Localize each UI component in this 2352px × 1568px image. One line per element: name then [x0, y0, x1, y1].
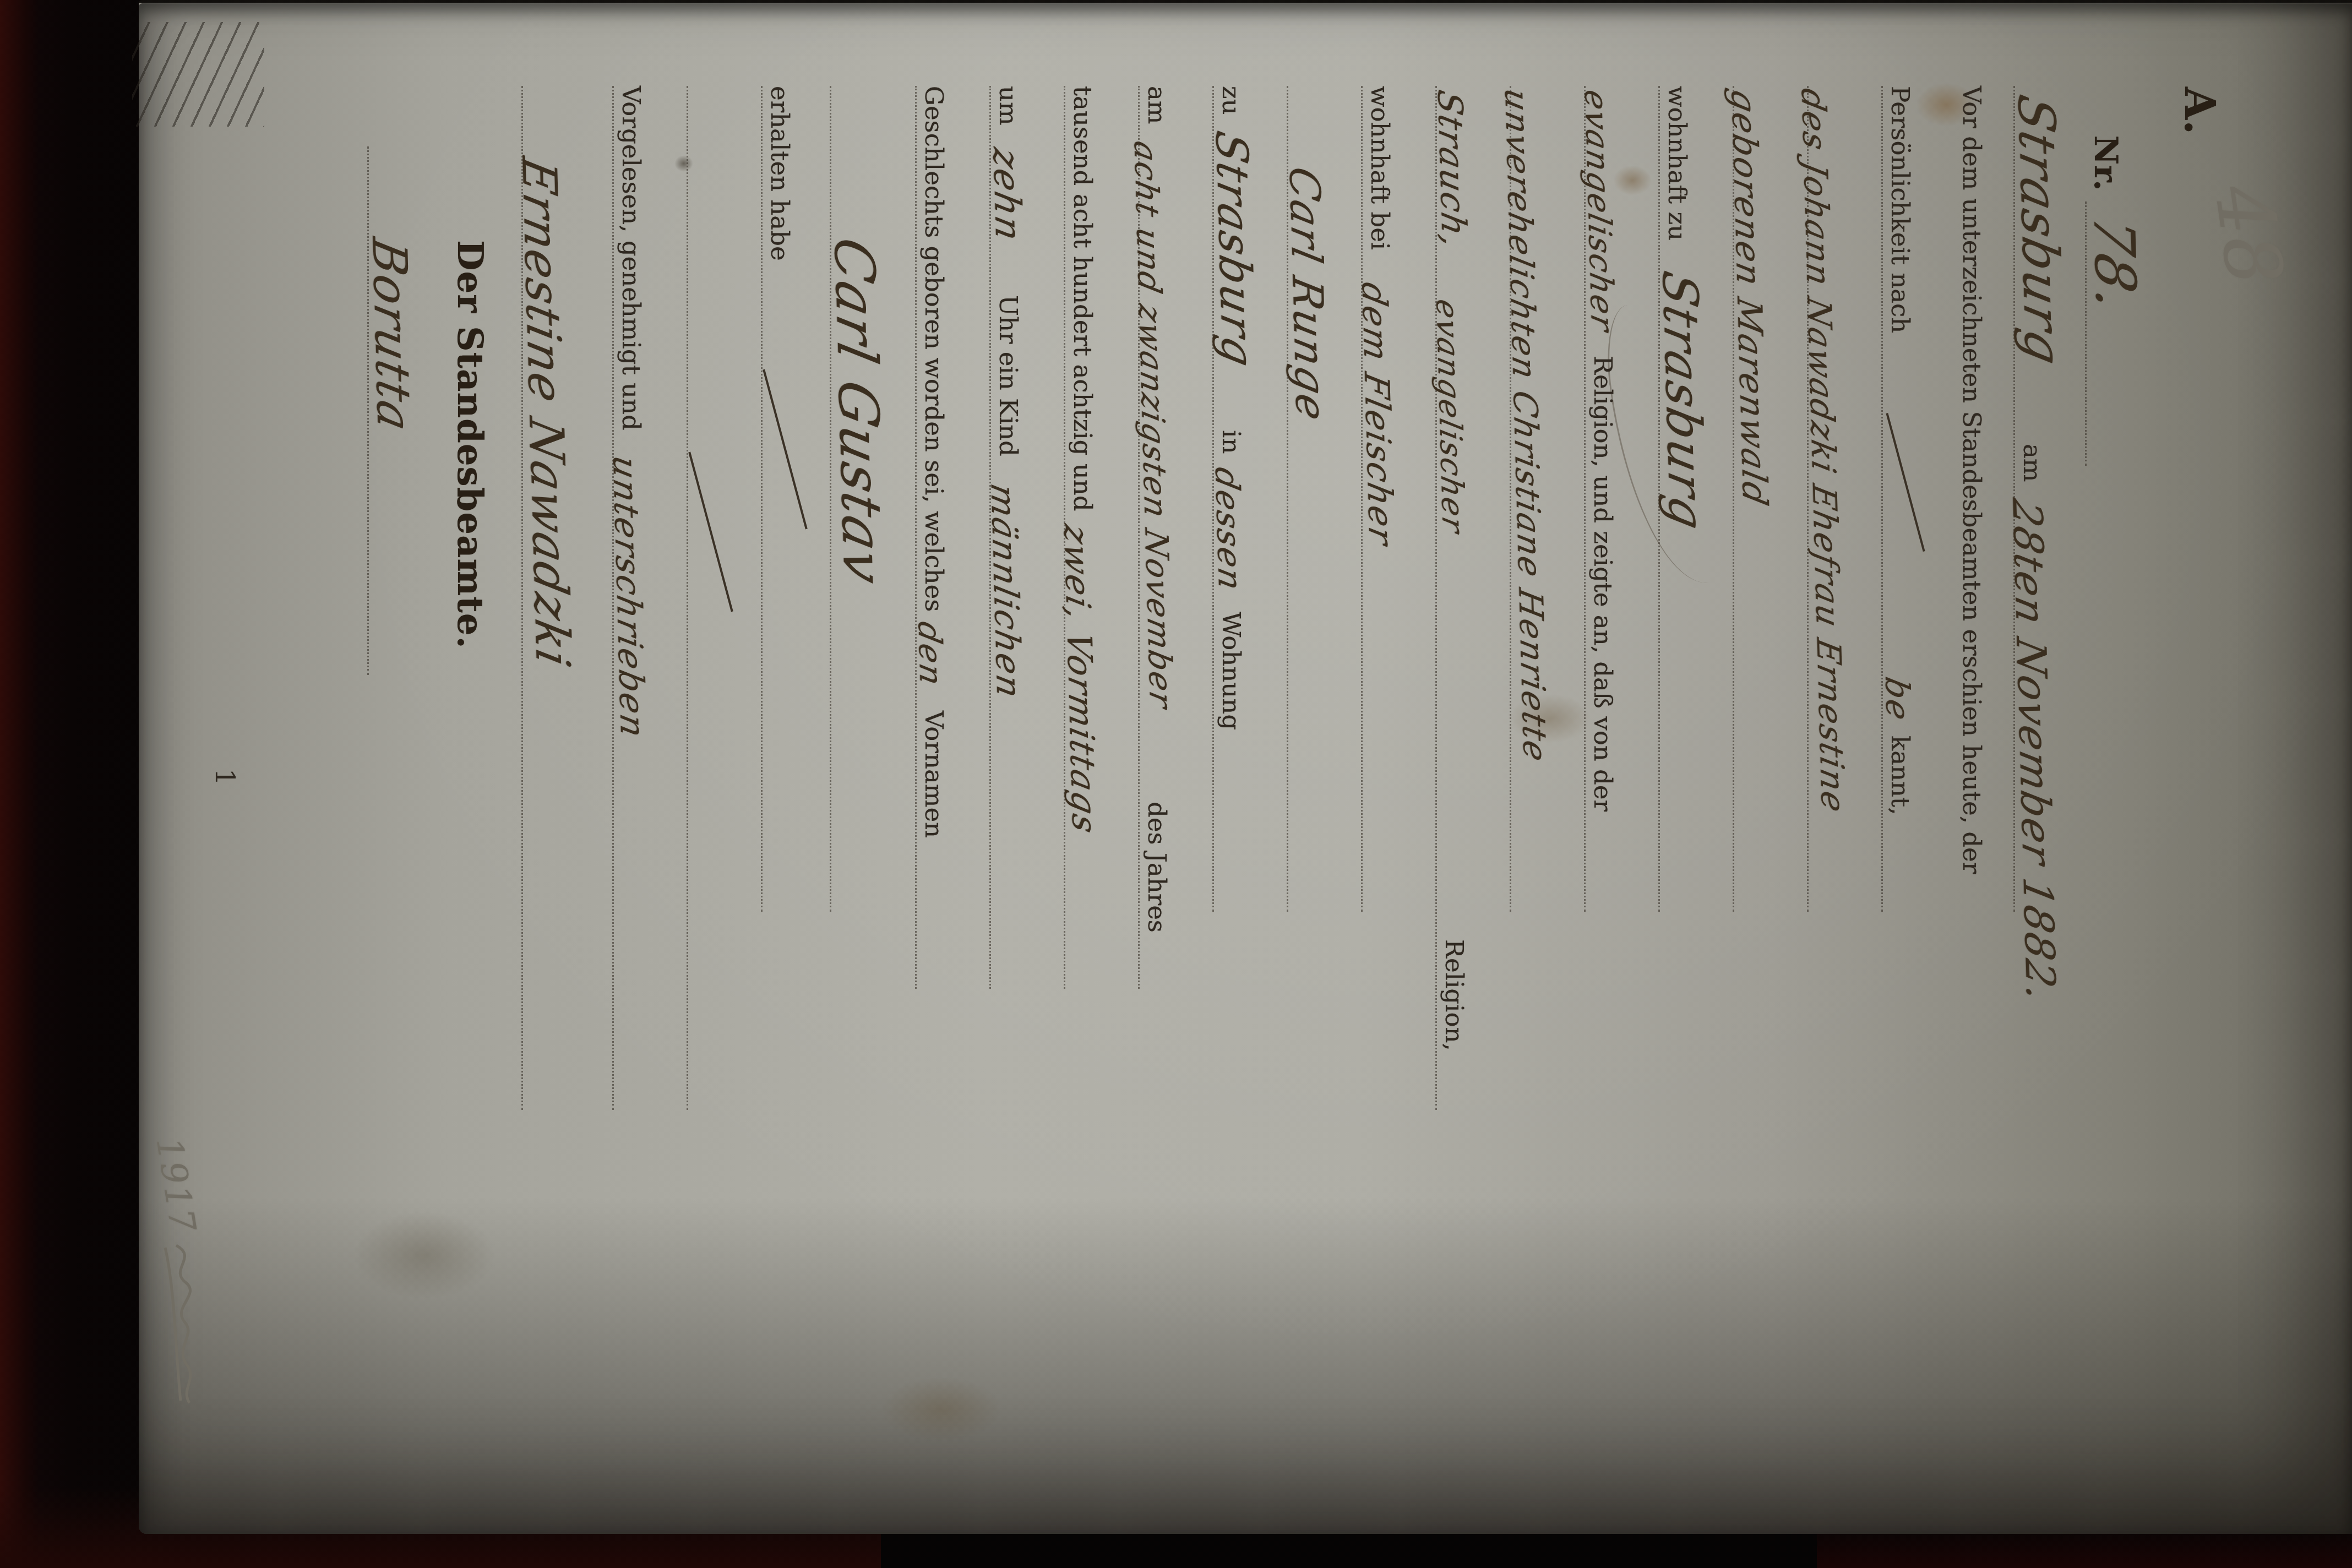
printed-text: erhalten habe — [765, 86, 794, 261]
form-line: Der Standesbeamte. — [447, 3, 519, 1534]
handwritten-text: Borutta — [361, 234, 422, 437]
printed-text: Vorgelesen, genehmigt und — [617, 86, 646, 431]
form-line: Vor dem unterzeichneten Standesbeamten e… — [1953, 3, 2013, 1534]
printed-text: Wohnung — [1217, 612, 1246, 730]
form-line: A. — [2173, 3, 2234, 1534]
form-line: Borutta — [367, 3, 444, 1534]
fill-slash — [763, 369, 808, 530]
form-line: des Johann Nawadzki Ehefrau Ernestine — [1807, 3, 1881, 1534]
handwritten-text: Strauch, — [1430, 87, 1474, 253]
printed-text: tausend acht hundert achtzig und — [1068, 86, 1097, 511]
form-line: Ernestine Nawadzki — [521, 3, 604, 1534]
handwritten-text: Carl Runge — [1280, 163, 1336, 426]
handwritten-text: zehn — [985, 145, 1030, 246]
printed-text: in — [1217, 430, 1246, 454]
page-content: 48A.Nr.78.Strasburgam28ten November 1882… — [139, 3, 2352, 1534]
printed-text: Religion, und zeigte an, daß von der — [1588, 356, 1618, 812]
margin-squiggle-icon — [159, 1242, 208, 1407]
form-line: umzehnUhr ein Kindmännlichen — [989, 3, 1064, 1534]
handwritten-text: den — [911, 619, 950, 690]
handwritten-text: Strasburg — [2006, 90, 2073, 371]
dotted-rule — [687, 86, 688, 1110]
printed-text: am — [1142, 86, 1172, 124]
book-cover-edge — [0, 0, 39, 1568]
form-line: wohnhaft zuStrasburg — [1658, 3, 1733, 1534]
printed-text: Geschlechts geboren worden sei, welches — [919, 86, 949, 612]
printed-text: Der Standesbeamte. — [449, 240, 491, 649]
printed-text: wohnhaft bei — [1365, 86, 1395, 250]
form-line: zuStrasburgindessenWohnung — [1212, 3, 1287, 1534]
form-line: evangelischerReligion, und zeigte an, da… — [1584, 3, 1658, 1534]
page-content-area: 48A.Nr.78.Strasburgam28ten November 1882… — [139, 3, 2352, 1534]
dotted-rule — [761, 86, 763, 912]
printed-text: Religion, — [1440, 939, 1469, 1051]
form-line: Nr.78. — [2085, 3, 2159, 1534]
form-line: Persönlichkeit nachbekannt, — [1881, 3, 1953, 1534]
handwritten-text: dem Fleischer — [1354, 279, 1401, 549]
printed-text: A. — [2175, 87, 2224, 135]
printed-text: Uhr ein Kind — [994, 295, 1023, 456]
form-line: Carl Gustav — [830, 3, 910, 1534]
handwritten-text: be — [1877, 674, 1917, 725]
printed-text: Vornamen — [919, 711, 949, 838]
printed-text: des Jahres — [1142, 802, 1172, 933]
printed-text: wohnhaft zu — [1663, 86, 1692, 241]
printed-text: Vor dem unterzeichneten Standesbeamten e… — [1957, 86, 1986, 874]
form-line — [687, 3, 761, 1534]
printed-text: um — [994, 86, 1023, 126]
handwritten-text: männlichen — [983, 480, 1030, 703]
book-photo: 48A.Nr.78.Strasburgam28ten November 1882… — [0, 0, 2352, 1568]
form-line: 1917 — [155, 3, 227, 1534]
pencil-text: 1917 — [148, 1135, 203, 1236]
printed-text: Persönlichkeit nach — [1886, 86, 1915, 333]
form-line: Strauch,evangelischerReligion, — [1435, 3, 1510, 1534]
handwritten-text: unterschrieben — [605, 453, 653, 742]
form-line: Vorgelesen, genehmigt undunterschrieben — [612, 3, 687, 1534]
form-line: wohnhaft beidem Fleischer — [1361, 3, 1435, 1534]
handwritten-text: Strasburg — [1206, 127, 1264, 372]
dotted-rule — [915, 86, 917, 989]
form-line: unverehelichten Christiane Henriette — [1510, 3, 1584, 1534]
fill-slash — [688, 452, 733, 612]
form-line: tausend acht hundert achtzig undzwei, Vo… — [1064, 3, 1138, 1534]
form-line: geborenen Marenwald — [1733, 3, 1807, 1534]
form-line: amacht und zwanzigsten Novemberdes Jahre… — [1138, 3, 1212, 1534]
dotted-rule — [1881, 86, 1883, 912]
printed-text: zu — [1217, 86, 1246, 115]
printed-text: am — [2018, 444, 2047, 482]
handwritten-text: dessen — [1207, 464, 1249, 595]
form-line: Carl Runge — [1287, 3, 1361, 1534]
handwritten-text: Strasburg — [1652, 266, 1716, 535]
printed-text: kannt, — [1886, 736, 1915, 815]
form-line: Strasburgam28ten November 1882. — [2013, 3, 2093, 1534]
fill-slash — [1886, 413, 1925, 552]
form-line: erhalten habe — [761, 3, 835, 1534]
form-line: Geschlechts geboren worden sei, welchesd… — [915, 3, 989, 1534]
